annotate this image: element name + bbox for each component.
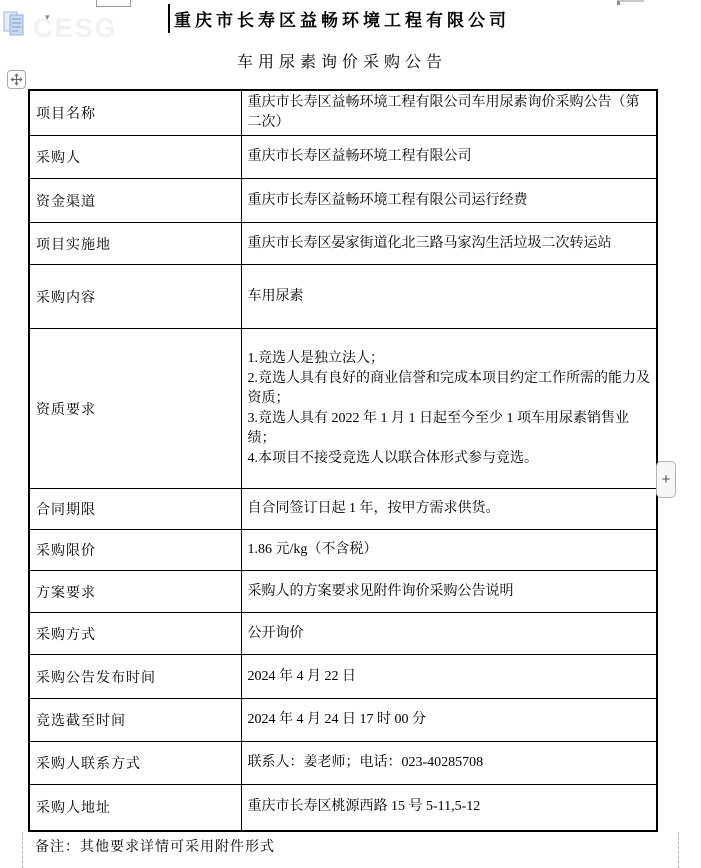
- table-row: 合同期限自合同签订日起 1 年，按甲方需求供货。: [29, 489, 657, 530]
- note-text: 备注：其他要求详情可采用附件形式: [35, 836, 275, 856]
- row-label: 方案要求: [29, 571, 241, 613]
- row-value: 重庆市长寿区晏家街道化北三路马家沟生活垃圾二次转运站: [241, 223, 657, 265]
- row-value: 重庆市长寿区益畅环境工程有限公司车用尿素询价采购公告（第二次）: [241, 90, 657, 136]
- table-row: 采购方式公开询价: [29, 613, 657, 655]
- row-value: 1.86 元/kg（不含税）: [241, 530, 657, 571]
- row-label: 采购公告发布时间: [29, 655, 241, 699]
- doc-title-company: 重庆市长寿区益畅环境工程有限公司: [28, 6, 656, 31]
- row-value: 采购人的方案要求见附件询价采购公告说明: [241, 571, 657, 613]
- text-boundary-left: [22, 832, 23, 868]
- row-value: 2024 年 4 月 24 日 17 时 00 分: [241, 699, 657, 742]
- row-value: 联系人：姜老师；电话：023-40285708: [241, 742, 657, 785]
- table-row: 资质要求1.竞选人是独立法人； 2.竞选人具有良好的商业信誉和完成本项目约定工作…: [29, 329, 657, 489]
- row-value: 公开询价: [241, 613, 657, 655]
- doc-title-announcement: 车用尿素询价采购公告: [28, 49, 656, 72]
- row-value: 重庆市长寿区益畅环境工程有限公司运行经费: [241, 179, 657, 223]
- row-label: 项目名称: [29, 90, 241, 136]
- plus-button[interactable]: +: [656, 461, 676, 498]
- row-value: 1.竞选人是独立法人； 2.竞选人具有良好的商业信誉和完成本项目约定工作所需的能…: [241, 329, 657, 489]
- clipped-ui-fragment-right: [617, 0, 644, 5]
- row-label: 采购内容: [29, 265, 241, 329]
- row-label: 采购人联系方式: [29, 742, 241, 785]
- table-row: 采购人重庆市长寿区益畅环境工程有限公司: [29, 136, 657, 179]
- table-move-handle[interactable]: [7, 70, 26, 89]
- table-row: 采购内容车用尿素: [29, 265, 657, 329]
- row-value: 自合同签订日起 1 年，按甲方需求供货。: [241, 489, 657, 530]
- row-value: 2024 年 4 月 22 日: [241, 655, 657, 699]
- row-label: 采购人: [29, 136, 241, 179]
- row-label: 采购人地址: [29, 785, 241, 831]
- table-row: 采购人地址重庆市长寿区桃源西路 15 号 5-11,5-12: [29, 785, 657, 831]
- table-row: 资金渠道重庆市长寿区益畅环境工程有限公司运行经费: [29, 179, 657, 223]
- row-value: 重庆市长寿区益畅环境工程有限公司: [241, 136, 657, 179]
- row-label: 资质要求: [29, 329, 241, 489]
- row-label: 采购限价: [29, 530, 241, 571]
- table-row: 项目实施地重庆市长寿区晏家街道化北三路马家沟生活垃圾二次转运站: [29, 223, 657, 265]
- row-value: 重庆市长寿区桃源西路 15 号 5-11,5-12: [241, 785, 657, 831]
- move-icon: [10, 73, 23, 86]
- table-row: 采购限价1.86 元/kg（不含税）: [29, 530, 657, 571]
- row-label: 合同期限: [29, 489, 241, 530]
- paste-options-icon[interactable]: [3, 11, 25, 36]
- table-row: 采购人联系方式联系人：姜老师；电话：023-40285708: [29, 742, 657, 785]
- row-label: 竞选截至时间: [29, 699, 241, 742]
- row-label: 资金渠道: [29, 179, 241, 223]
- row-value: 车用尿素: [241, 265, 657, 329]
- row-label: 项目实施地: [29, 223, 241, 265]
- text-boundary-right: [678, 832, 679, 868]
- procurement-table: 项目名称重庆市长寿区益畅环境工程有限公司车用尿素询价采购公告（第二次） 采购人重…: [28, 89, 658, 832]
- table-row: 采购公告发布时间2024 年 4 月 22 日: [29, 655, 657, 699]
- row-label: 采购方式: [29, 613, 241, 655]
- table-row: 竞选截至时间2024 年 4 月 24 日 17 时 00 分: [29, 699, 657, 742]
- table-row: 项目名称重庆市长寿区益畅环境工程有限公司车用尿素询价采购公告（第二次）: [29, 90, 657, 136]
- table-row: 方案要求采购人的方案要求见附件询价采购公告说明: [29, 571, 657, 613]
